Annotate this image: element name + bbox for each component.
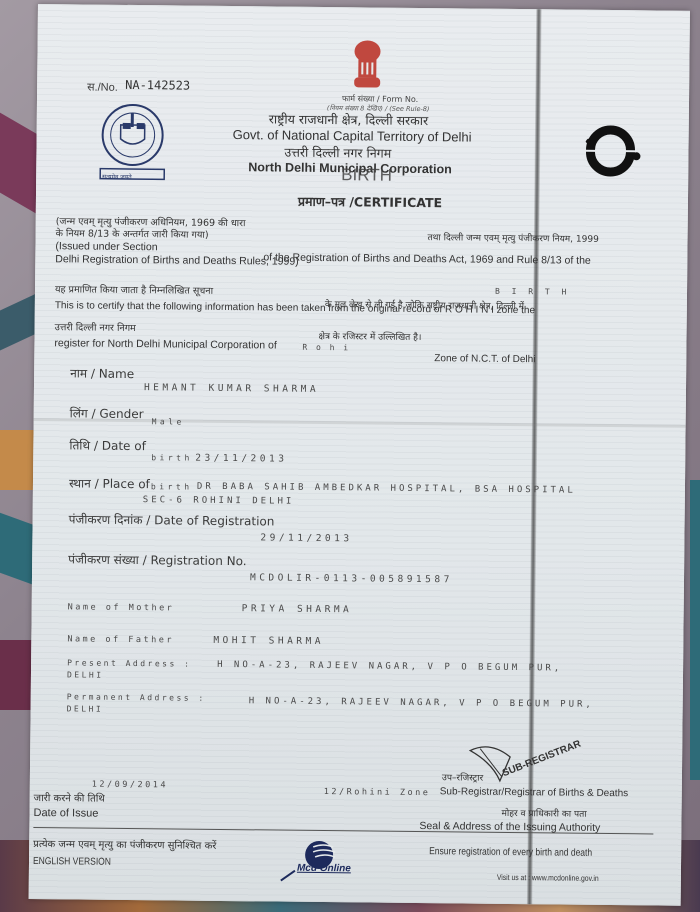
permanent-address-line-2: DELHI	[67, 704, 104, 713]
issued-hindi-line-2: के नियम 8/13 के अन्तर्गत जारी किया गया)	[56, 226, 209, 241]
certify-english-line-2: register for North Delhi Municipal Corpo…	[54, 337, 276, 351]
present-address-line-1: H NO-A-23, RAJEEV NAGAR, V P O BEGUM PUR…	[217, 660, 562, 674]
issue-date-value: 12/09/2014	[92, 780, 168, 791]
reg-date-value: 29/11/2013	[260, 532, 352, 544]
ensure-registration-english: Ensure registration of every birth and d…	[429, 846, 592, 859]
certificate-title: प्रमाण–पत्र /CERTIFICATE	[298, 193, 442, 212]
mother-label: Name of Mother	[68, 602, 175, 613]
reg-date-label: पंजीकरण दिनांक / Date of Registration	[69, 510, 275, 529]
gender-value: Male	[152, 417, 185, 426]
serial-label: स./No.	[87, 80, 118, 95]
national-emblem-icon	[348, 37, 387, 91]
english-version-label: ENGLISH VERSION	[33, 856, 111, 868]
certificate-type: BIRTH	[341, 165, 392, 186]
place-label: स्थान / Place of	[69, 474, 150, 492]
certify-hindi-line-2: उत्तरी दिल्ली नगर निगम	[55, 320, 136, 334]
father-value: MOHIT SHARMA	[213, 635, 324, 647]
place-prefix: birth	[151, 482, 193, 491]
mcd-online-text: Mcd Online	[297, 863, 351, 875]
govt-hindi: राष्ट्रीय राजधानी क्षेत्र, दिल्ली सरकार	[269, 110, 429, 129]
present-address-line-2: DELHI	[67, 670, 104, 679]
certify-event-type: B I R T H	[495, 287, 570, 297]
birth-certificate: स./No. NA-142523 फार्म संख्या / Form No.…	[29, 4, 690, 906]
reg-no-value: MCDOLIR-0113-005891587	[250, 572, 453, 585]
issued-english-line-2: Delhi Registration of Births and Deaths …	[55, 253, 299, 268]
certify-zone: Zone of N.C.T. of Delhi	[434, 353, 535, 365]
name-label: नाम / Name	[70, 364, 134, 382]
serial-number: NA-142523	[125, 78, 190, 93]
ensure-registration-hindi: प्रत्येक जन्म एवम् मृत्यु का पंजीकरण सुन…	[33, 836, 216, 852]
permanent-address-line-1: H NO-A-23, RAJEEV NAGAR, V P O BEGUM PUR…	[249, 696, 594, 710]
name-value: HEMANT KUMAR SHARMA	[144, 382, 319, 395]
present-address-label: Present Address :	[67, 658, 191, 668]
corporation-seal-icon	[96, 103, 169, 184]
place-value-line-1: DR BABA SAHIB AMBEDKAR HOSPITAL, BSA HOS…	[197, 482, 576, 496]
permanent-address-label: Permanent Address :	[67, 692, 206, 702]
father-label: Name of Father	[67, 634, 174, 645]
dob-prefix: birth	[151, 453, 193, 462]
registrar-stamp-icon	[450, 730, 651, 812]
dob-value: 23/11/2013	[195, 453, 287, 465]
seal-motto: सत्यमेव जयते	[102, 173, 132, 181]
issue-date-label-hindi: जारी करने की तिथि	[34, 790, 105, 805]
reg-no-label: पंजीकरण संख्या / Registration No.	[68, 550, 247, 569]
gender-label: लिंग / Gender	[70, 404, 144, 422]
issue-date-label: Date of Issue	[33, 807, 98, 820]
issued-english-line-1: (Issued under Section	[55, 240, 157, 253]
issued-hindi-line-1b: तथा दिल्ली जन्म एवम् मृत्यु पंजीकरण नियम…	[428, 230, 599, 245]
certify-zone-name: R o h i	[302, 343, 350, 352]
issued-english-line-1b: of the Registration of Births and Deaths…	[263, 251, 591, 266]
place-value-line-2: SEC-6 ROHINI DELHI	[143, 495, 295, 507]
corp-hindi: उत्तरी दिल्ली नगर निगम	[284, 144, 391, 162]
mcd-circular-logo-icon	[576, 120, 647, 181]
issuing-zone: 12/Rohini Zone	[324, 787, 431, 798]
dob-label: तिथि / Date of	[69, 436, 146, 454]
website-link[interactable]: Visit us at : www.mcdonline.gov.in	[497, 873, 599, 883]
mcd-online-logo-icon	[277, 837, 378, 888]
certify-hindi-line-1: यह प्रमाणित किया जाता है निम्नलिखित सूचन…	[55, 282, 213, 297]
mother-value: PRIYA SHARMA	[242, 603, 353, 615]
certify-hindi-line-2b: क्षेत्र के रजिस्टर में उल्लिखित है।	[318, 329, 421, 343]
govt-english: Govt. of National Capital Territory of D…	[233, 127, 472, 145]
